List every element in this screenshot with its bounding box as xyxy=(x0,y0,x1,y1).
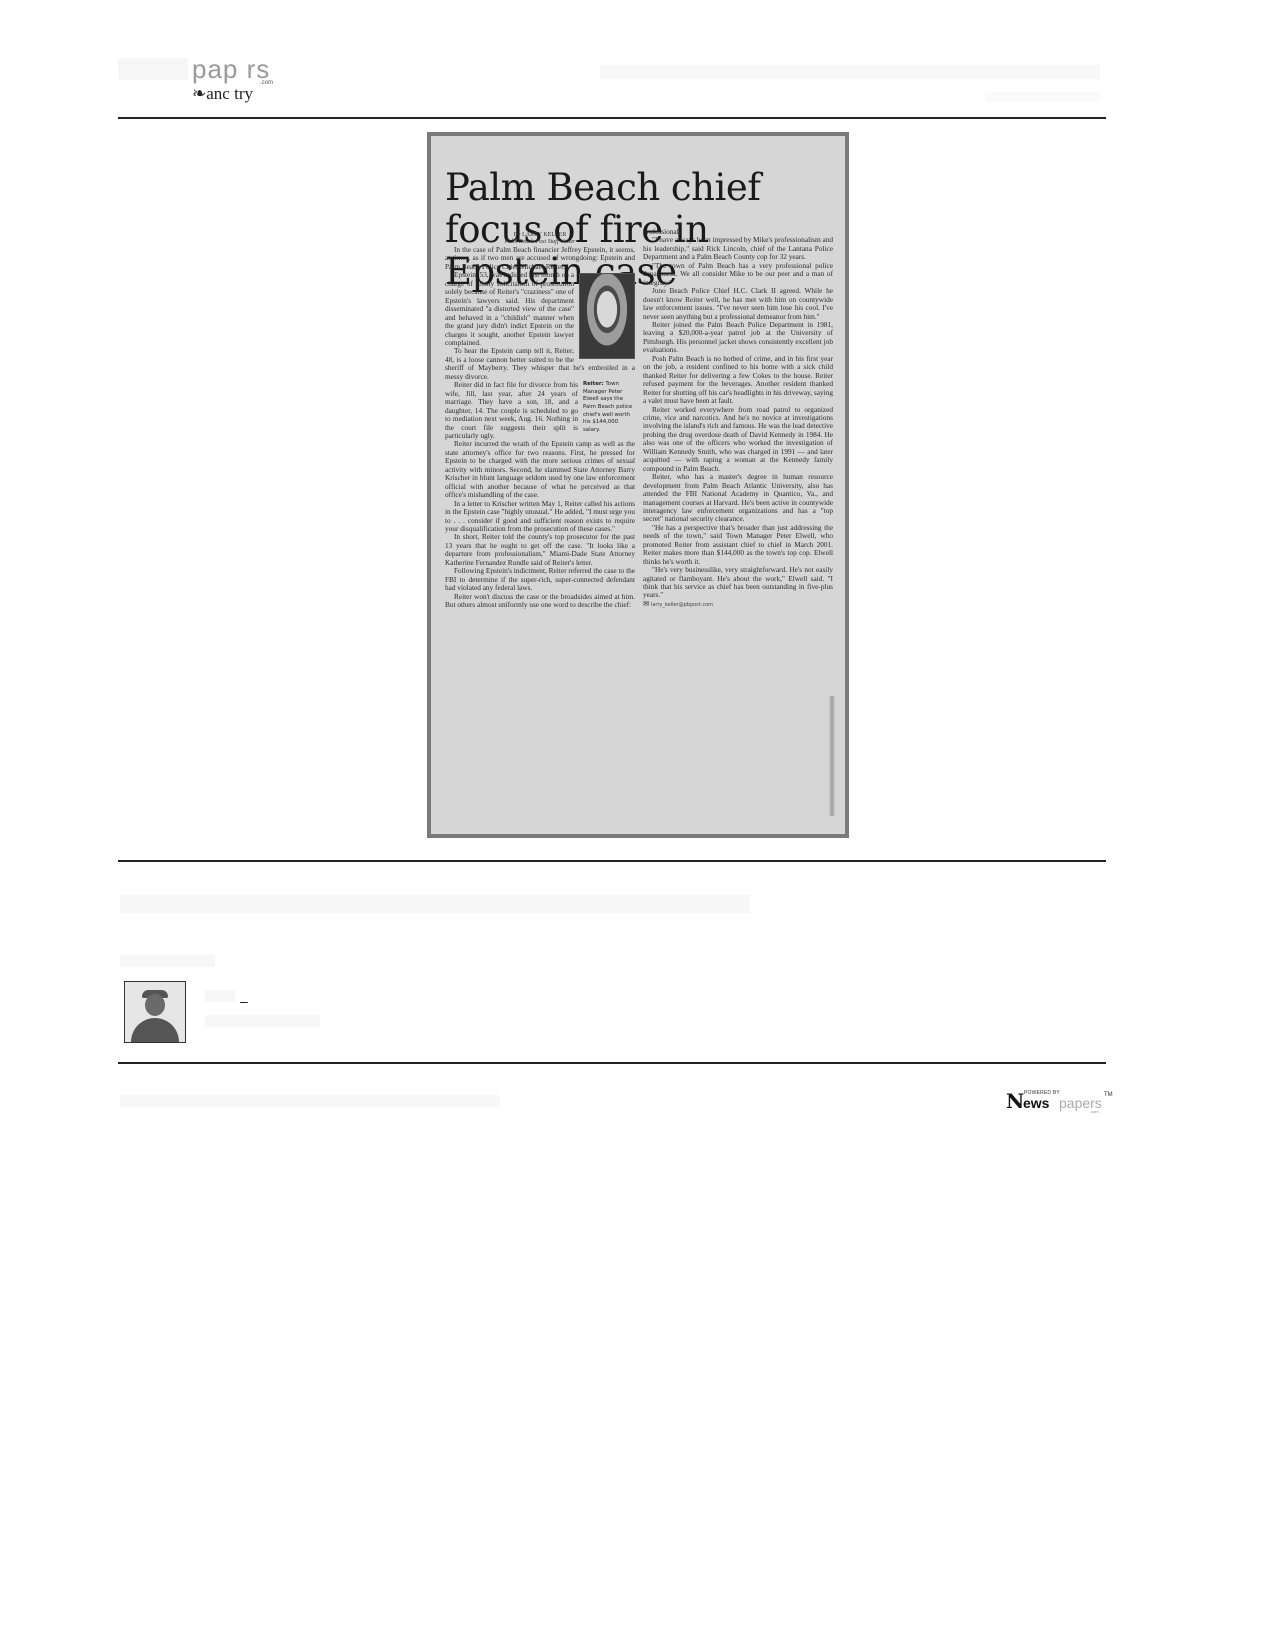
powered-by-newspapers-logo[interactable]: POWERED BY N ews papers TM .com xyxy=(1006,1090,1106,1112)
clipping-divider xyxy=(118,860,1106,862)
author-email: ✉ larry_keller@pbpost.com xyxy=(643,600,833,609)
clipped-by-label-faded xyxy=(120,955,215,967)
newspaper-clipping: Palm Beach chief focus of fire in Epstei… xyxy=(427,132,849,838)
paragraph: Posh Palm Beach is no hotbed of crime, a… xyxy=(643,355,833,406)
logo-ancestry-text: ❧anc try xyxy=(192,85,253,103)
reiter-photo xyxy=(579,273,635,359)
byline-author: By LARRY KELLER xyxy=(514,232,567,238)
logo-com-text: .com xyxy=(260,80,273,86)
paragraph: Reiter: Town Manager Peter Elwell says t… xyxy=(445,381,635,440)
clipper-name-faded xyxy=(205,990,235,1002)
article-column-left: In the case of Palm Beach financier Jeff… xyxy=(445,246,635,609)
publication-date-faded xyxy=(985,92,1100,102)
clipping-paper: Palm Beach chief focus of fire in Epstei… xyxy=(431,136,845,834)
paragraph: In the case of Palm Beach financier Jeff… xyxy=(445,246,635,271)
logo-faded-prefix xyxy=(118,58,188,80)
paragraph: "The town of Palm Beach has a very profe… xyxy=(643,262,833,287)
email-icon: ✉ xyxy=(643,599,649,608)
logo-news-text: ews xyxy=(1023,1095,1049,1111)
article-column-right: professional. "I have always been impres… xyxy=(643,228,833,609)
copyright-text-faded xyxy=(120,1095,500,1107)
paragraph: In short, Reiter told the county's top p… xyxy=(445,533,635,567)
newspapers-ancestry-logo[interactable]: pap rs .com ❧anc try xyxy=(118,56,288,106)
clipper-separator: – xyxy=(240,993,248,1009)
paragraph: Reiter worked everywhere from road patro… xyxy=(643,406,833,474)
clip-date-faded xyxy=(205,1015,320,1027)
paragraph: Following Epstein's indictment, Reiter r… xyxy=(445,567,635,592)
logo-com-text: .com xyxy=(1090,1109,1099,1114)
paragraph: Reiter joined the Palm Beach Police Depa… xyxy=(643,321,833,355)
trademark-mark: TM xyxy=(1104,1092,1113,1098)
photo-caption: Reiter: Town Manager Peter Elwell says t… xyxy=(583,381,635,434)
publication-title-faded xyxy=(600,65,1100,79)
paragraph: Reiter won't discuss the case or the bro… xyxy=(445,593,635,610)
citation-text-faded xyxy=(120,895,750,913)
avatar-body-icon xyxy=(131,1018,179,1043)
paragraph: "I have always been impressed by Mike's … xyxy=(643,236,833,261)
article-byline: By LARRY KELLER Palm Beach Post Staff Wr… xyxy=(445,232,635,246)
paragraph: "He's very businesslike, very straightfo… xyxy=(643,566,833,600)
footer-divider xyxy=(118,1062,1106,1064)
clipper-avatar[interactable] xyxy=(124,981,186,1043)
paragraph: Juno Beach Police Chief H.C. Clark II ag… xyxy=(643,287,833,321)
paragraph: In a letter to Krischer written May 1, R… xyxy=(445,500,635,534)
paragraph: "He has a perspective that's broader tha… xyxy=(643,524,833,566)
avatar-head-icon xyxy=(145,994,165,1016)
paragraph: Reiter, who has a master's degree in hum… xyxy=(643,473,833,524)
paper-fold-crease xyxy=(829,696,835,816)
paragraph: Epstein, 53, was indicted last month on … xyxy=(445,271,635,347)
ancestry-leaf-icon: ❧ xyxy=(192,84,206,103)
logo-papers-text: pap rs xyxy=(192,56,270,82)
newspapers-n-icon: N xyxy=(1006,1090,1024,1112)
header-divider xyxy=(118,117,1106,119)
paragraph: Reiter incurred the wrath of the Epstein… xyxy=(445,440,635,499)
